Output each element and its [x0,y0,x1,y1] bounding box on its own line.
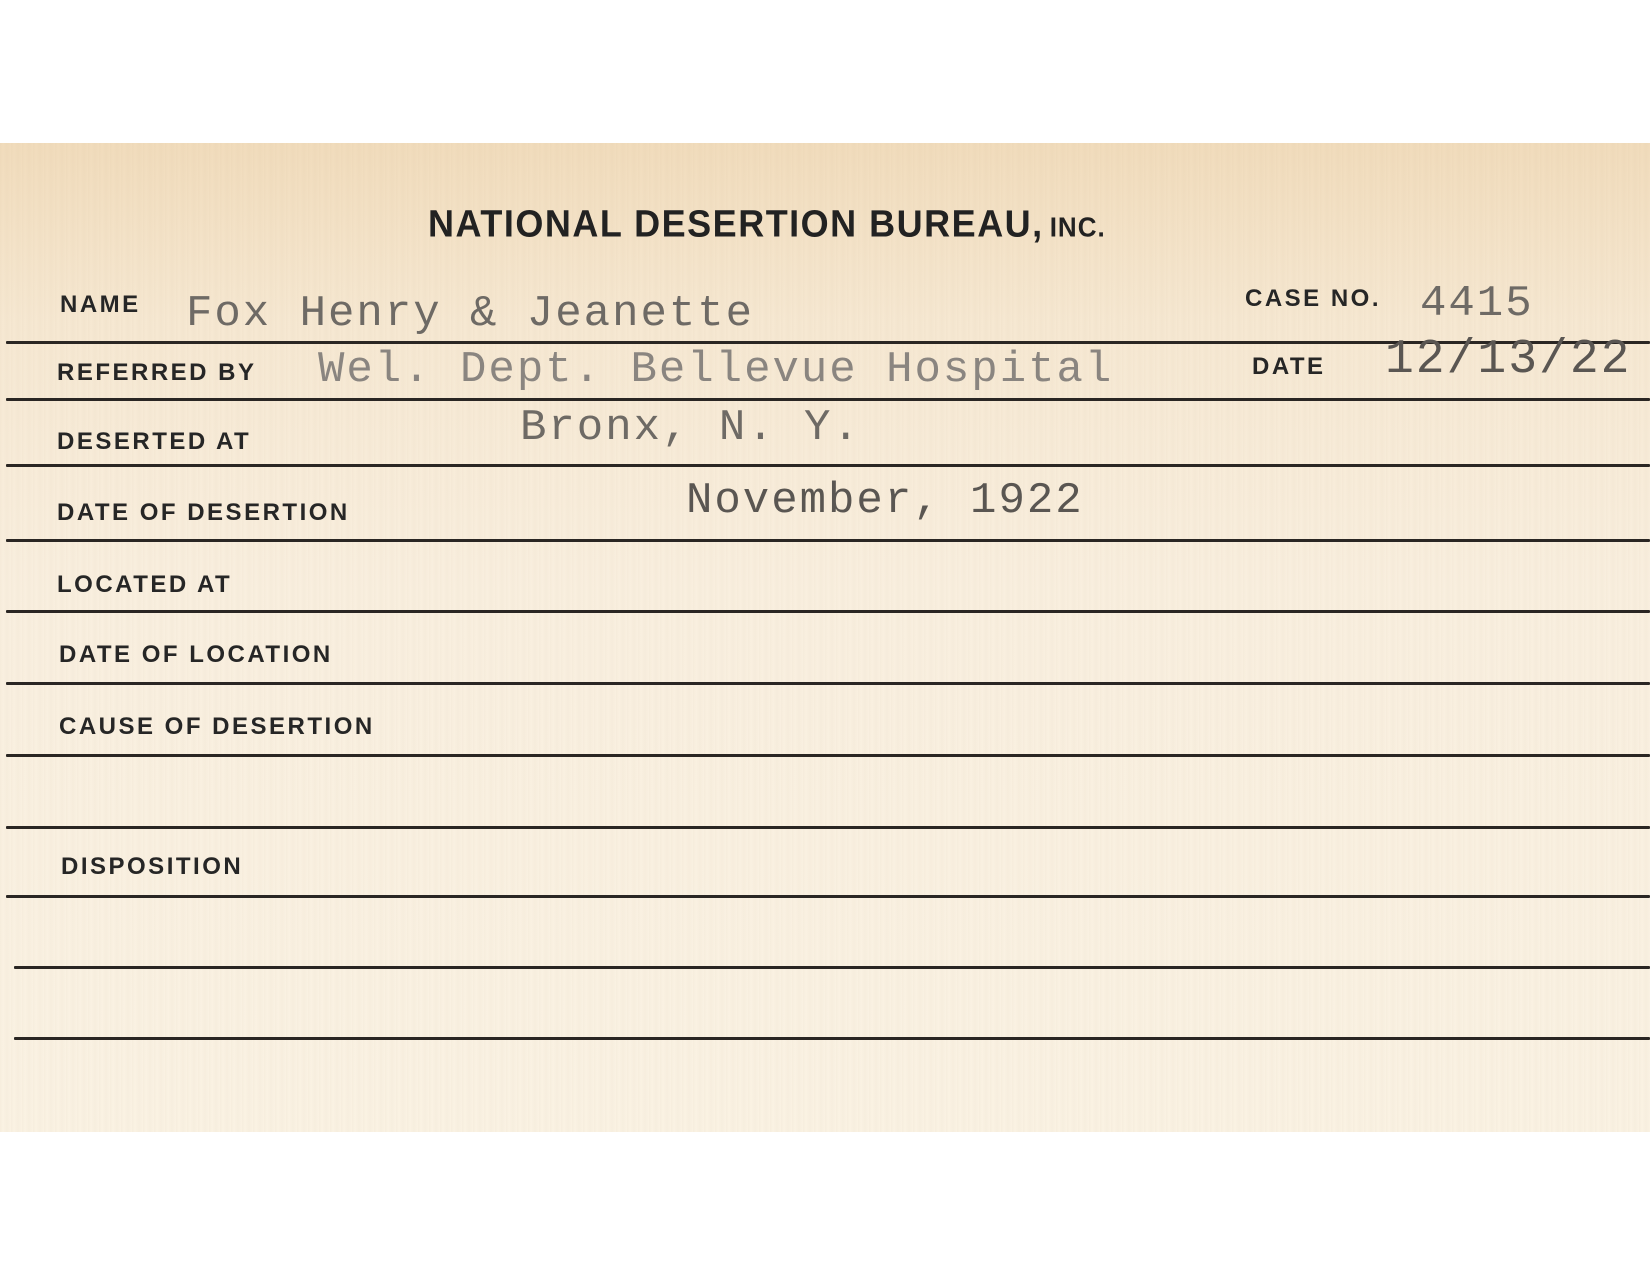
deserted-at-label: DESERTED AT [57,428,251,456]
date-label: DATE [1252,353,1326,381]
cause-of-desertion-rule [6,754,1650,757]
referred-by-rule [6,398,1650,401]
date-of-desertion-rule [6,539,1650,542]
disposition-label: DISPOSITION [61,853,243,881]
index-card: NATIONAL DESERTION BUREAU,INC. NAME Fox … [0,143,1650,1132]
name-label: NAME [60,291,141,319]
name-value: Fox Henry & Jeanette [186,289,754,339]
referred-by-value: Wel. Dept. Bellevue Hospital [318,345,1113,395]
located-at-rule [6,610,1650,613]
deserted-at-value: Bronx, N. Y. [520,403,861,453]
cause-of-desertion-rule-2 [6,826,1650,829]
date-of-location-rule [6,682,1650,685]
date-value: 12/13/22 [1385,333,1631,387]
case-no-label: CASE NO. [1245,285,1381,313]
disposition-rule [6,895,1650,898]
date-of-desertion-label: DATE OF DESERTION [57,499,350,527]
case-no-value: 4415 [1420,279,1534,329]
bureau-suffix: INC. [1050,211,1106,243]
bureau-title: NATIONAL DESERTION BUREAU,INC. [428,202,1106,246]
date-of-location-label: DATE OF LOCATION [59,641,333,669]
deserted-at-rule [6,464,1650,467]
disposition-rule-3 [14,1037,1650,1040]
disposition-rule-2 [14,966,1650,969]
bureau-name: NATIONAL DESERTION BUREAU, [428,202,1044,245]
date-of-desertion-value: November, 1922 [686,476,1084,526]
cause-of-desertion-label: CAUSE OF DESERTION [59,713,375,741]
referred-by-label: REFERRED BY [57,359,257,387]
located-at-label: LOCATED AT [57,571,232,599]
